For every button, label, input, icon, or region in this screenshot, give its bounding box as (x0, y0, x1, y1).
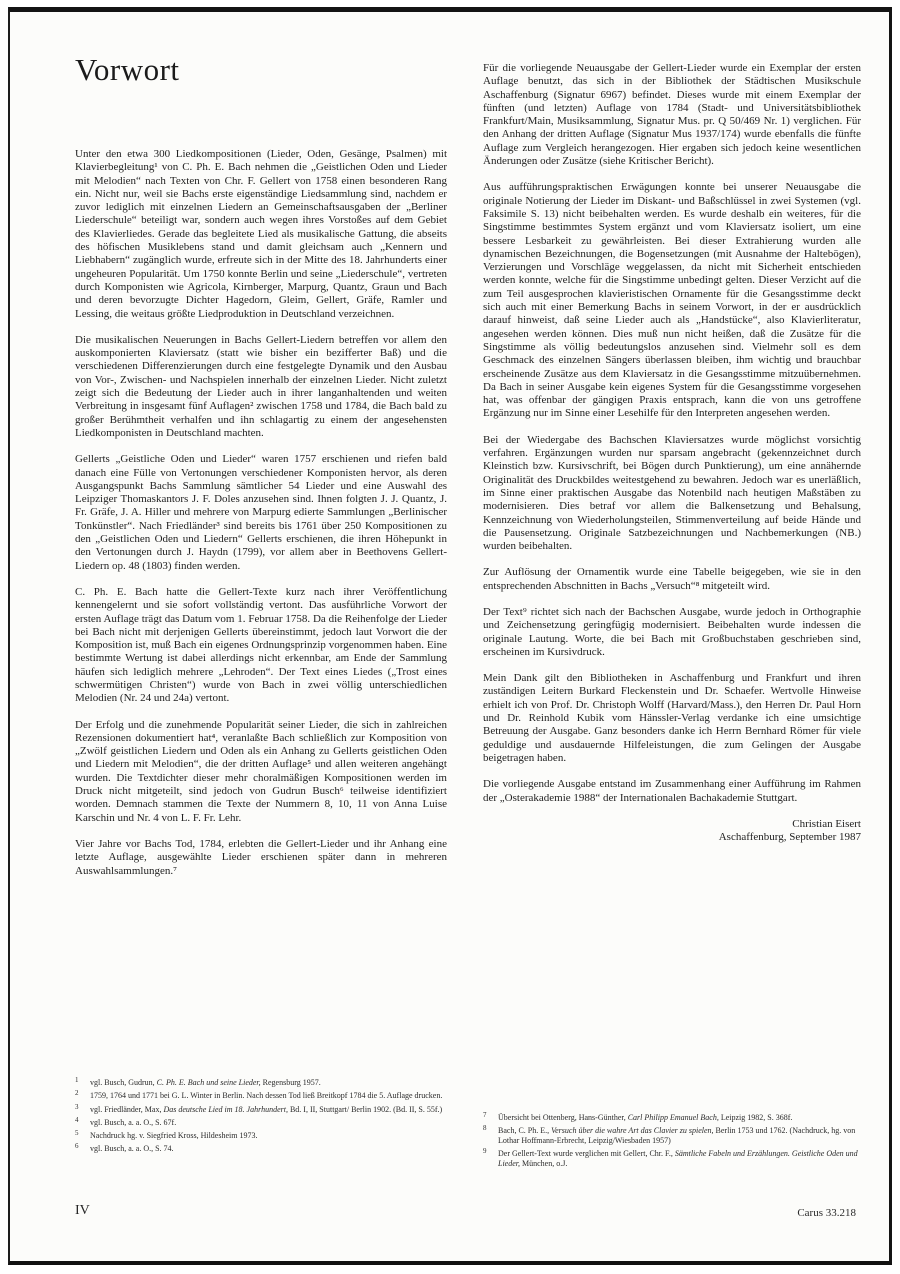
footnote-number: 4 (75, 1116, 79, 1126)
footnote-text: vgl. Friedländer, Max, (90, 1105, 163, 1114)
signature-place-date: Aschaffenburg, September 1987 (483, 831, 861, 844)
footnote-text: Regensburg 1957. (261, 1078, 321, 1087)
footnote: 3vgl. Friedländer, Max, Das deutsche Lie… (75, 1105, 453, 1115)
right-column: Für die vorliegende Neuausgabe der Gelle… (483, 62, 861, 844)
footnote-number: 5 (75, 1129, 79, 1139)
paragraph: Mein Dank gilt den Bibliotheken in Ascha… (483, 672, 861, 765)
catalog-number: Carus 33.218 (797, 1207, 856, 1219)
signature-name: Christian Eisert (483, 818, 861, 831)
footnote: 6vgl. Busch, a. a. O., S. 74. (75, 1144, 453, 1154)
footnote-title: Versuch über die wahre Art das Clavier z… (551, 1126, 713, 1135)
footnote: 21759, 1764 und 1771 bei G. L. Winter in… (75, 1091, 453, 1101)
footnote: 5Nachdruck hg. v. Siegfried Kross, Hilde… (75, 1131, 453, 1141)
paragraph: Zur Auflösung der Ornamentik wurde eine … (483, 566, 861, 593)
left-column: Unter den etwa 300 Liedkompositionen (Li… (75, 148, 447, 878)
footnote: 8Bach, C. Ph. E., Versuch über die wahre… (483, 1126, 863, 1146)
footnotes-left: 1vgl. Busch, Gudrun, C. Ph. E. Bach und … (75, 1078, 453, 1158)
footnote-title: C. Ph. E. Bach und seine Lieder, (157, 1078, 261, 1087)
signature-block: Christian Eisert Aschaffenburg, Septembe… (483, 818, 861, 845)
footnote-number: 9 (483, 1147, 487, 1157)
paragraph: C. Ph. E. Bach hatte die Gellert-Texte k… (75, 586, 447, 706)
footnotes-right: 7Übersicht bei Ottenberg, Hans-Günther, … (483, 1113, 863, 1172)
footnote-title: Carl Philipp Emanuel Bach, (628, 1113, 719, 1122)
footnote: 9Der Gellert-Text wurde verglichen mit G… (483, 1149, 863, 1169)
footnote-number: 7 (483, 1111, 487, 1121)
footnote-text: Nachdruck hg. v. Siegfried Kross, Hildes… (90, 1131, 257, 1140)
footnote-number: 3 (75, 1103, 79, 1113)
footnote-text: vgl. Busch, a. a. O., S. 74. (90, 1144, 174, 1153)
footnote-text: Bach, C. Ph. E., (498, 1126, 551, 1135)
footnote-text: vgl. Busch, a. a. O., S. 67f. (90, 1118, 176, 1127)
paragraph: Vier Jahre vor Bachs Tod, 1784, erlebten… (75, 838, 447, 878)
footnote-text: Bd. I, II, Stuttgart/ Berlin 1902. (Bd. … (288, 1105, 442, 1114)
paragraph: Der Text⁹ richtet sich nach der Bachsche… (483, 606, 861, 659)
footnote: 7Übersicht bei Ottenberg, Hans-Günther, … (483, 1113, 863, 1123)
page-number: IV (75, 1203, 90, 1219)
paragraph: Die musikalischen Neuerungen in Bachs Ge… (75, 334, 447, 440)
paragraph: Aus aufführungspraktischen Erwägungen ko… (483, 181, 861, 420)
footnote-text: 1759, 1764 und 1771 bei G. L. Winter in … (90, 1091, 442, 1100)
footnote: 4vgl. Busch, a. a. O., S. 67f. (75, 1118, 453, 1128)
footnote-number: 8 (483, 1124, 487, 1134)
paragraph: Für die vorliegende Neuausgabe der Gelle… (483, 62, 861, 168)
footnote-number: 1 (75, 1076, 79, 1086)
paragraph: Der Erfolg und die zunehmende Popularitä… (75, 719, 447, 825)
footnote-text: Leipzig 1982, S. 368f. (719, 1113, 793, 1122)
footnote-title: Das deutsche Lied im 18. Jahrhundert, (163, 1105, 288, 1114)
paragraph: Unter den etwa 300 Liedkompositionen (Li… (75, 148, 447, 321)
footnote-number: 6 (75, 1142, 79, 1152)
footnote-text: Übersicht bei Ottenberg, Hans-Günther, (498, 1113, 628, 1122)
footnote-number: 2 (75, 1089, 79, 1099)
footnote-text: vgl. Busch, Gudrun, (90, 1078, 157, 1087)
footnote-text: München, o.J. (520, 1159, 567, 1168)
footnote: 1vgl. Busch, Gudrun, C. Ph. E. Bach und … (75, 1078, 453, 1088)
paragraph: Die vorliegende Ausgabe entstand im Zusa… (483, 778, 861, 805)
page-title: Vorwort (75, 52, 180, 88)
paragraph: Gellerts „Geistliche Oden und Lieder“ wa… (75, 453, 447, 573)
footnote-text: Der Gellert-Text wurde verglichen mit Ge… (498, 1149, 675, 1158)
paragraph: Bei der Wiedergabe des Bachschen Klavier… (483, 434, 861, 554)
